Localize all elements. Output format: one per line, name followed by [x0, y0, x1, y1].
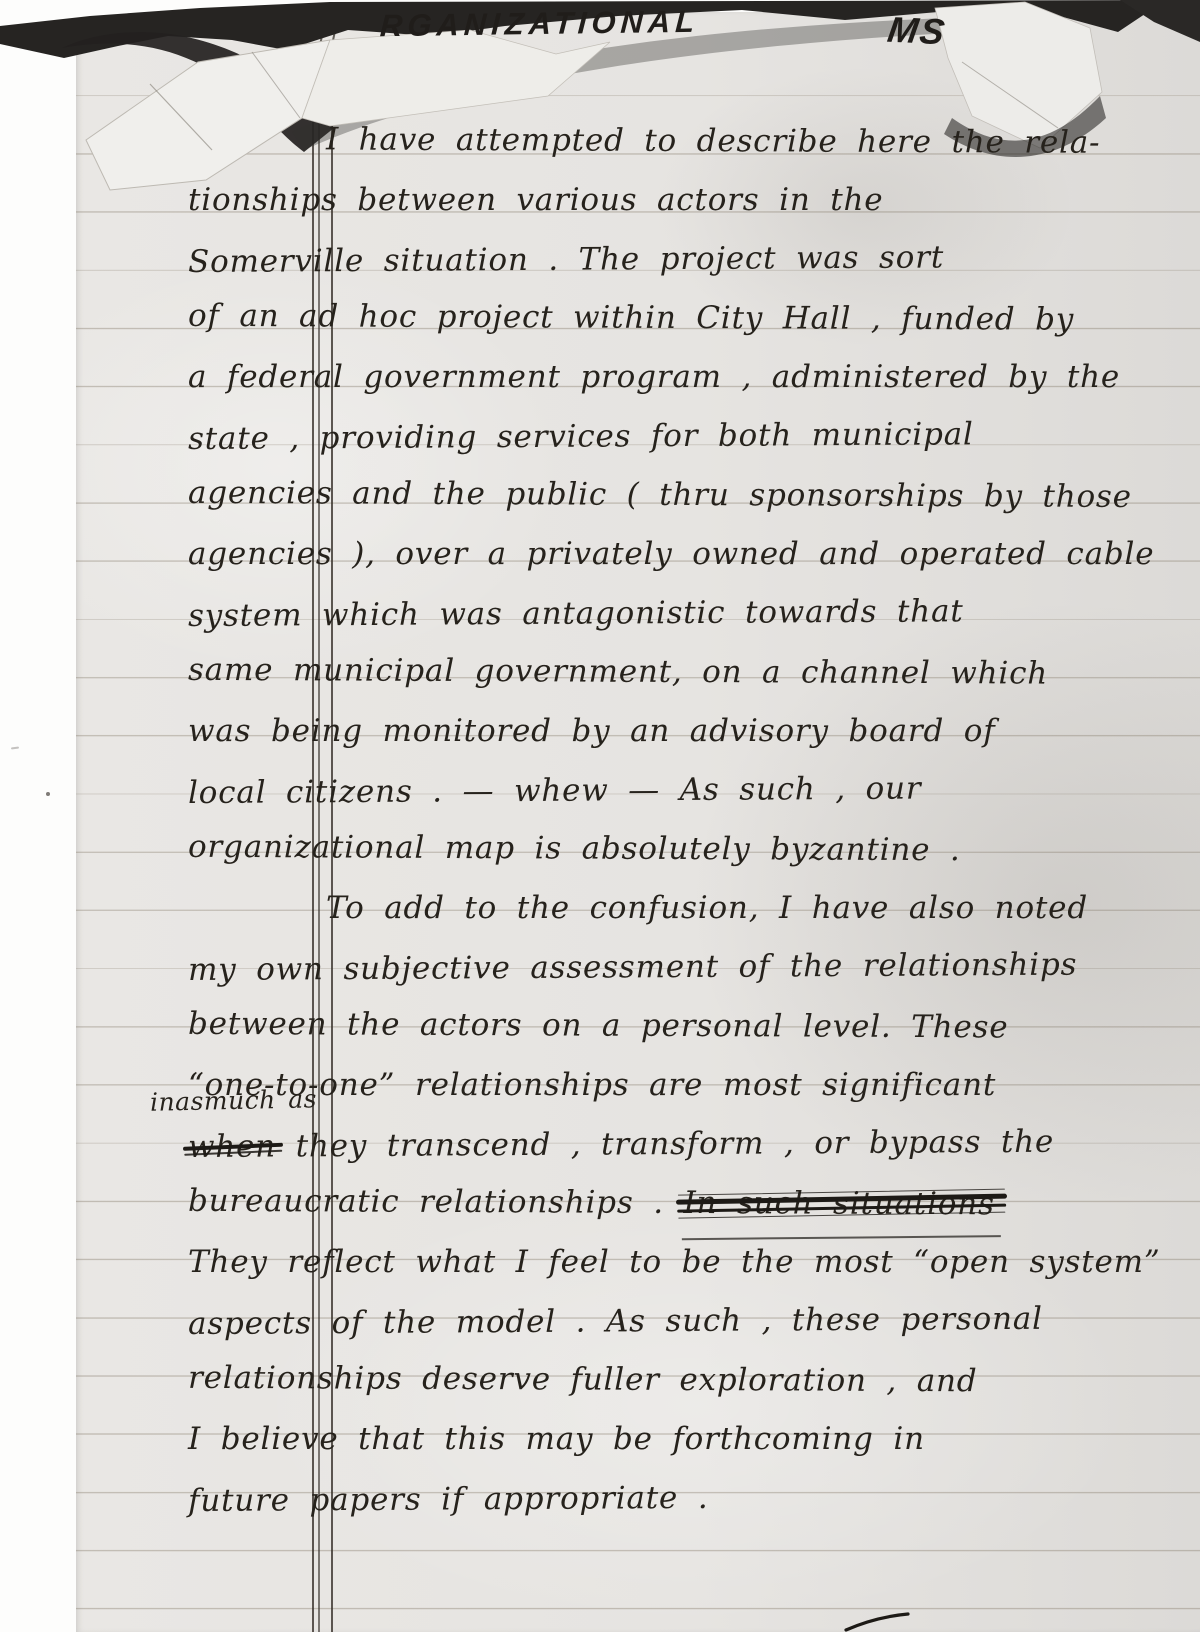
handwriting-line: tionships between various actors in the [188, 171, 1188, 230]
handwriting-line: They reflect what I feel to be the most … [188, 1233, 1188, 1292]
handwriting-segment: my own subjective assessment of the rela… [188, 947, 1078, 988]
handwriting-segment: bureaucratic relationships . [188, 1183, 684, 1221]
handwriting-lines: I have attempted to describe here the re… [188, 112, 1188, 1528]
handwriting-segment: I have attempted to describe here the re… [326, 121, 1101, 160]
handwriting-line: between the actors on a personal level. … [188, 995, 1188, 1058]
handwriting-segment: agencies ), over a privately owned and o… [188, 536, 1154, 572]
page-title-fragment-right: MS [885, 9, 949, 53]
handwriting-segment: I believe that this may be forthcoming i… [188, 1421, 925, 1457]
handwriting-segment: system which was antagonistic towards th… [188, 593, 964, 634]
handwriting-line: “one-to-one” relationships are most sign… [188, 1056, 1188, 1115]
handwriting-line: a federal government program , administe… [188, 348, 1188, 407]
handwriting-line: agencies and the public ( thru sponsorsh… [188, 464, 1188, 527]
handwriting-line: future papers if appropriate . [188, 1466, 1188, 1531]
stray-pen-stroke [0, 1592, 1200, 1632]
paper-speck [11, 746, 19, 749]
margin-insertion-note: inasmuch as [150, 1084, 317, 1116]
handwriting-line: I have attempted to describe here the re… [188, 110, 1188, 173]
handwriting-line: same municipal government, on a channel … [188, 641, 1188, 704]
handwriting-segment: organizational map is absolutely byzanti… [188, 829, 961, 868]
struck-out-text: In such situations [683, 1174, 994, 1234]
handwriting-line: state , providing services for both muni… [188, 404, 1188, 469]
handwriting-segment: same municipal government, on a channel … [188, 652, 1048, 692]
handwriting-line: was being monitored by an advisory board… [188, 702, 1188, 761]
handwriting-line: agencies ), over a privately owned and o… [188, 525, 1188, 584]
handwriting-line: aspects of the model . As such , these p… [188, 1289, 1188, 1354]
handwriting-line: system which was antagonistic towards th… [188, 581, 1188, 646]
handwriting-line: I believe that this may be forthcoming i… [188, 1410, 1188, 1469]
paper-speck [46, 792, 50, 796]
handwriting-segment: aspects of the model . As such , these p… [188, 1301, 1043, 1342]
handwriting-line: local citizens . — whew — As such , our [188, 758, 1188, 823]
handwriting-segment: relationships deserve fuller exploration… [188, 1360, 978, 1399]
handwriting-segment: they transcend , transform , or bypass t… [276, 1124, 1054, 1165]
handwriting-segment: state , providing services for both muni… [188, 416, 974, 457]
handwriting-segment: To add to the confusion, I have also not… [326, 890, 1088, 926]
handwriting-segment: agencies and the public ( thru sponsorsh… [188, 475, 1132, 515]
handwriting-line: organizational map is absolutely byzanti… [188, 818, 1188, 881]
handwriting-line: my own subjective assessment of the rela… [188, 935, 1188, 1000]
handwriting-segment: future papers if appropriate . [188, 1480, 709, 1519]
handwriting-line: relationships deserve fuller exploration… [188, 1349, 1188, 1412]
handwriting-line: of an ad hoc project within City Hall , … [188, 287, 1188, 350]
handwriting-segment: was being monitored by an advisory board… [188, 713, 996, 749]
handwriting-segment: between the actors on a personal level. … [188, 1006, 1009, 1046]
handwriting-line: To add to the confusion, I have also not… [188, 879, 1188, 938]
page-title-fragment-left: RGANIZATIONAL [379, 4, 700, 44]
handwriting-segment: of an ad hoc project within City Hall , … [188, 298, 1074, 338]
handwriting-segment: Somerville situation . The project was s… [188, 239, 944, 280]
handwriting-line: when they transcend , transform , or byp… [188, 1112, 1188, 1177]
handwriting-segment: a federal government program , administe… [188, 359, 1120, 395]
handwriting-line: Somerville situation . The project was s… [188, 227, 1188, 292]
handwriting-segment: local citizens . — whew — As such , our [188, 771, 922, 811]
struck-out-text: when [188, 1118, 276, 1178]
handwriting-line: bureaucratic relationships . In such sit… [188, 1172, 1188, 1235]
handwriting-segment: They reflect what I feel to be the most … [188, 1244, 1160, 1280]
handwriting-segment: tionships between various actors in the [188, 182, 883, 218]
